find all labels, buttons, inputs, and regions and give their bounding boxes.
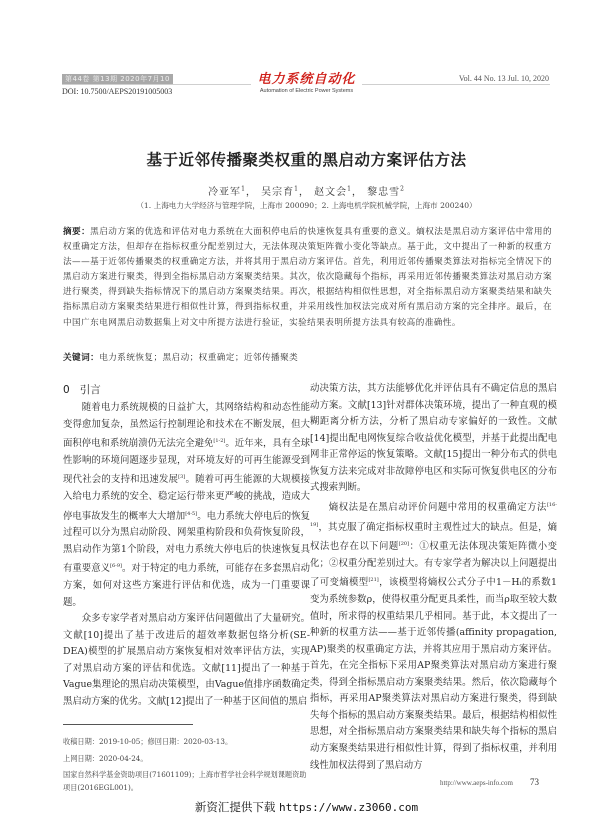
citation[interactable]: [1-2] <box>213 438 225 444</box>
keywords-text: 电力系统恢复；黑启动；权重确定；近邻传播聚类 <box>99 353 298 363</box>
author: 冷亚军 <box>208 187 241 198</box>
citation[interactable]: [6-9] <box>110 563 122 569</box>
journal-name-cn: 电力系统自动化 <box>251 72 361 87</box>
paragraph: 熵权法是在黑启动评价问题中常用的权重确定方法[16-19]，其克服了确定指标权重… <box>310 497 557 774</box>
journal-url[interactable]: http://www.aeps-info.com <box>440 779 513 787</box>
abstract-label: 摘要： <box>63 227 90 237</box>
author-list: 冷亚军1， 吴宗育1， 赵文会1， 黎忠雪2 <box>0 183 613 198</box>
citation[interactable]: [20] <box>399 541 409 547</box>
citation[interactable]: [4-5] <box>185 511 197 517</box>
abstract-text: 黑启动方案的优选和评估对电力系统在大面积停电后的快速恢复具有重要的意义。熵权法是… <box>63 227 552 328</box>
affiliation-mark: 1 <box>241 186 246 193</box>
right-column: 动决策方法，其方法能够优化并评估具有不确定信息的黑启动方案。文献[13]针对群体… <box>310 381 557 774</box>
journal-name-en: Automation of Electric Power Systems <box>0 88 613 94</box>
affiliation-mark: 1 <box>294 186 299 193</box>
section-number: 0 <box>63 384 70 396</box>
keywords-label: 关键词： <box>63 353 99 363</box>
footnote-rule <box>63 724 193 725</box>
download-watermark: 新资汇提供下载 https://www.z3060.com <box>0 799 613 815</box>
section-title: 引言 <box>80 384 101 396</box>
watermark-url[interactable]: https://www.z3060.com <box>279 801 418 814</box>
affiliations: （1. 上海电力大学经济与管理学院，上海市 200090；2. 上海电机学院机械… <box>0 200 613 211</box>
abstract: 摘要：黑启动方案的优选和评估对电力系统在大面积停电后的快速恢复具有重要的意义。熵… <box>63 225 552 331</box>
paper-title: 基于近邻传播聚类权重的黑启动方案评估方法 <box>0 148 613 170</box>
paragraph: 动决策方法，其方法能够优化并评估具有不确定信息的黑启动方案。文献[13]针对群体… <box>310 381 557 497</box>
volume-info: Vol. 44 No. 13 Jul. 10, 2020 <box>459 74 549 83</box>
watermark-text: 新资汇提供下载 <box>195 800 276 814</box>
left-column: 随着电力系统规模的日益扩大，其网络结构和动态性能变得愈加复杂，虽然运行控制理论和… <box>63 400 310 710</box>
author: 吴宗育 <box>261 187 294 198</box>
author: 黎忠雪 <box>367 187 400 198</box>
affiliation-mark: 2 <box>400 186 405 193</box>
section-heading: 0 引言 <box>63 382 101 397</box>
citation[interactable]: [21] <box>368 577 378 583</box>
paragraph: 众多专家学者对黑启动方案评估问题做出了大量研究。文献[10]提出了基于改进后的超… <box>63 611 310 710</box>
footnote-online: 上网日期：2020-04-24。 <box>63 752 313 765</box>
footnote-received: 收稿日期：2019-10-05；修回日期：2020-03-13。 <box>63 735 313 748</box>
author: 赵文会 <box>314 187 347 198</box>
footnote-funding: 国家自然科学基金资助项目(71601109)；上海市哲学社会科学规划课题资助项目… <box>63 768 313 794</box>
page-number: 73 <box>530 777 539 787</box>
paragraph: 随着电力系统规模的日益扩大，其网络结构和动态性能变得愈加复杂，虽然运行控制理论和… <box>63 400 310 611</box>
keywords: 关键词：电力系统恢复；黑启动；权重确定；近邻传播聚类 <box>63 351 552 363</box>
affiliation-mark: 1 <box>347 186 352 193</box>
